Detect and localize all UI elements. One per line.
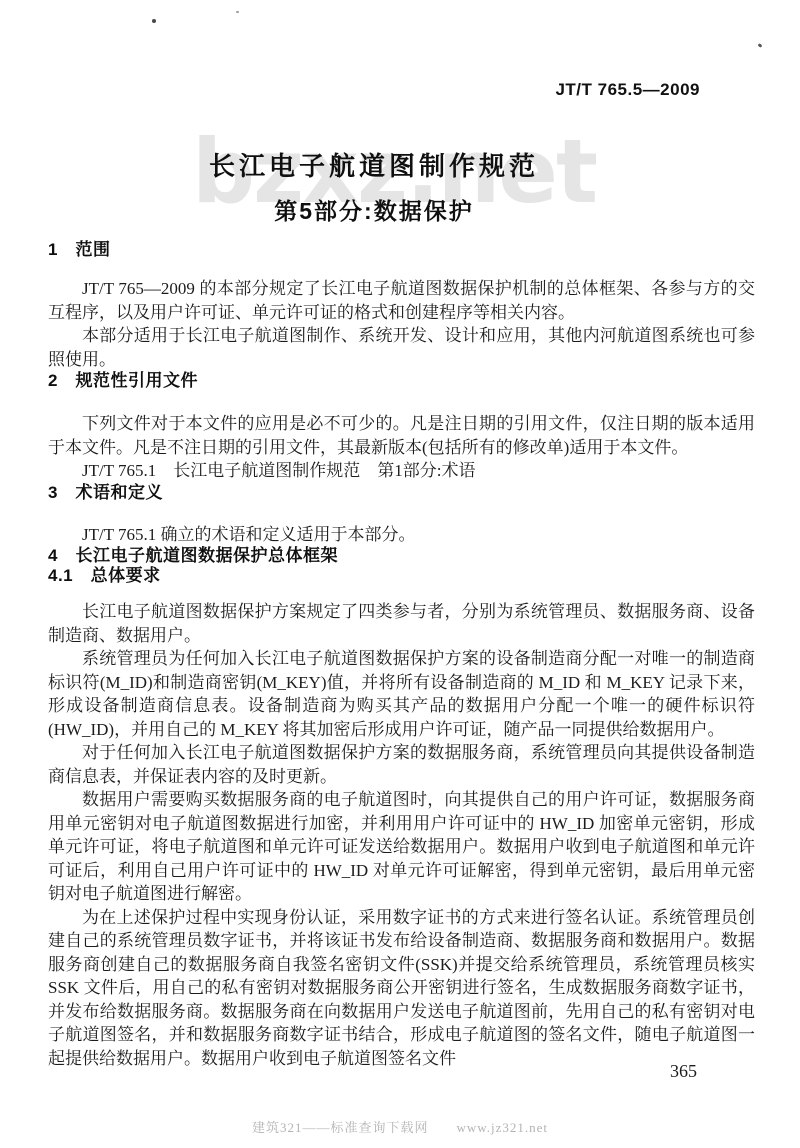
- title-line-1: 长江电子航道图制作规范: [0, 146, 748, 183]
- scan-artifact: [152, 19, 156, 23]
- paragraph: JT/T 765.1 确立的术语和定义适用于本部分。: [48, 523, 755, 547]
- paragraph: 本部分适用于长江电子航道图制作、系统开发、设计和应用，其他内河航道图系统也可参照…: [48, 324, 755, 371]
- section-heading-normative-references: 2 规范性引用文件: [48, 371, 755, 391]
- section-heading-scope: 1 范围: [48, 240, 755, 260]
- document-body: 1 范围 JT/T 765—2009 的本部分规定了长江电子航道图数据保护机制的…: [48, 240, 755, 1070]
- paragraph: 长江电子航道图数据保护方案规定了四类参与者，分别为系统管理员、数据服务商、设备制…: [48, 600, 755, 647]
- paragraph: 对于任何加入长江电子航道图数据保护方案的数据服务商，系统管理员向其提供设备制造商…: [48, 741, 755, 788]
- paragraph: 下列文件对于本文件的应用是必不可少的。凡是注日期的引用文件，仅注日期的版本适用于…: [48, 412, 755, 459]
- paragraph: 为在上述保护过程中实现身份认证，采用数字证书的方式来进行签名认证。系统管理员创建…: [48, 906, 755, 1071]
- paragraph: JT/T 765—2009 的本部分规定了长江电子航道图数据保护机制的总体框架、…: [48, 277, 755, 324]
- section-heading-terms: 3 术语和定义: [48, 483, 755, 503]
- scan-artifact: [758, 43, 763, 48]
- scan-artifact: [236, 11, 239, 13]
- document-title: 长江电子航道图制作规范 第5部分:数据保护: [0, 146, 748, 226]
- reference-entry: JT/T 765.1 长江电子航道图制作规范 第1部分:术语: [48, 459, 755, 483]
- standard-number: JT/T 765.5—2009: [555, 80, 700, 100]
- page-number: 365: [670, 1061, 697, 1082]
- paragraph: 系统管理员为任何加入长江电子航道图数据保护方案的设备制造商分配一对唯一的制造商标…: [48, 647, 755, 741]
- paragraph: 数据用户需要购买数据服务商的电子航道图时，向其提供自己的用户许可证，数据服务商用…: [48, 788, 755, 906]
- document-page: JT/T 765.5—2009 bzxz.net 长江电子航道图制作规范 第5部…: [0, 0, 800, 1148]
- footer-watermark: 建筑321——标准查询下载网 www.jz321.net: [0, 1117, 800, 1136]
- section-heading-framework: 4 长江电子航道图数据保护总体框架: [48, 546, 755, 566]
- subsection-heading-general-requirements: 4.1 总体要求: [48, 566, 755, 586]
- title-line-2: 第5部分:数据保护: [0, 193, 748, 226]
